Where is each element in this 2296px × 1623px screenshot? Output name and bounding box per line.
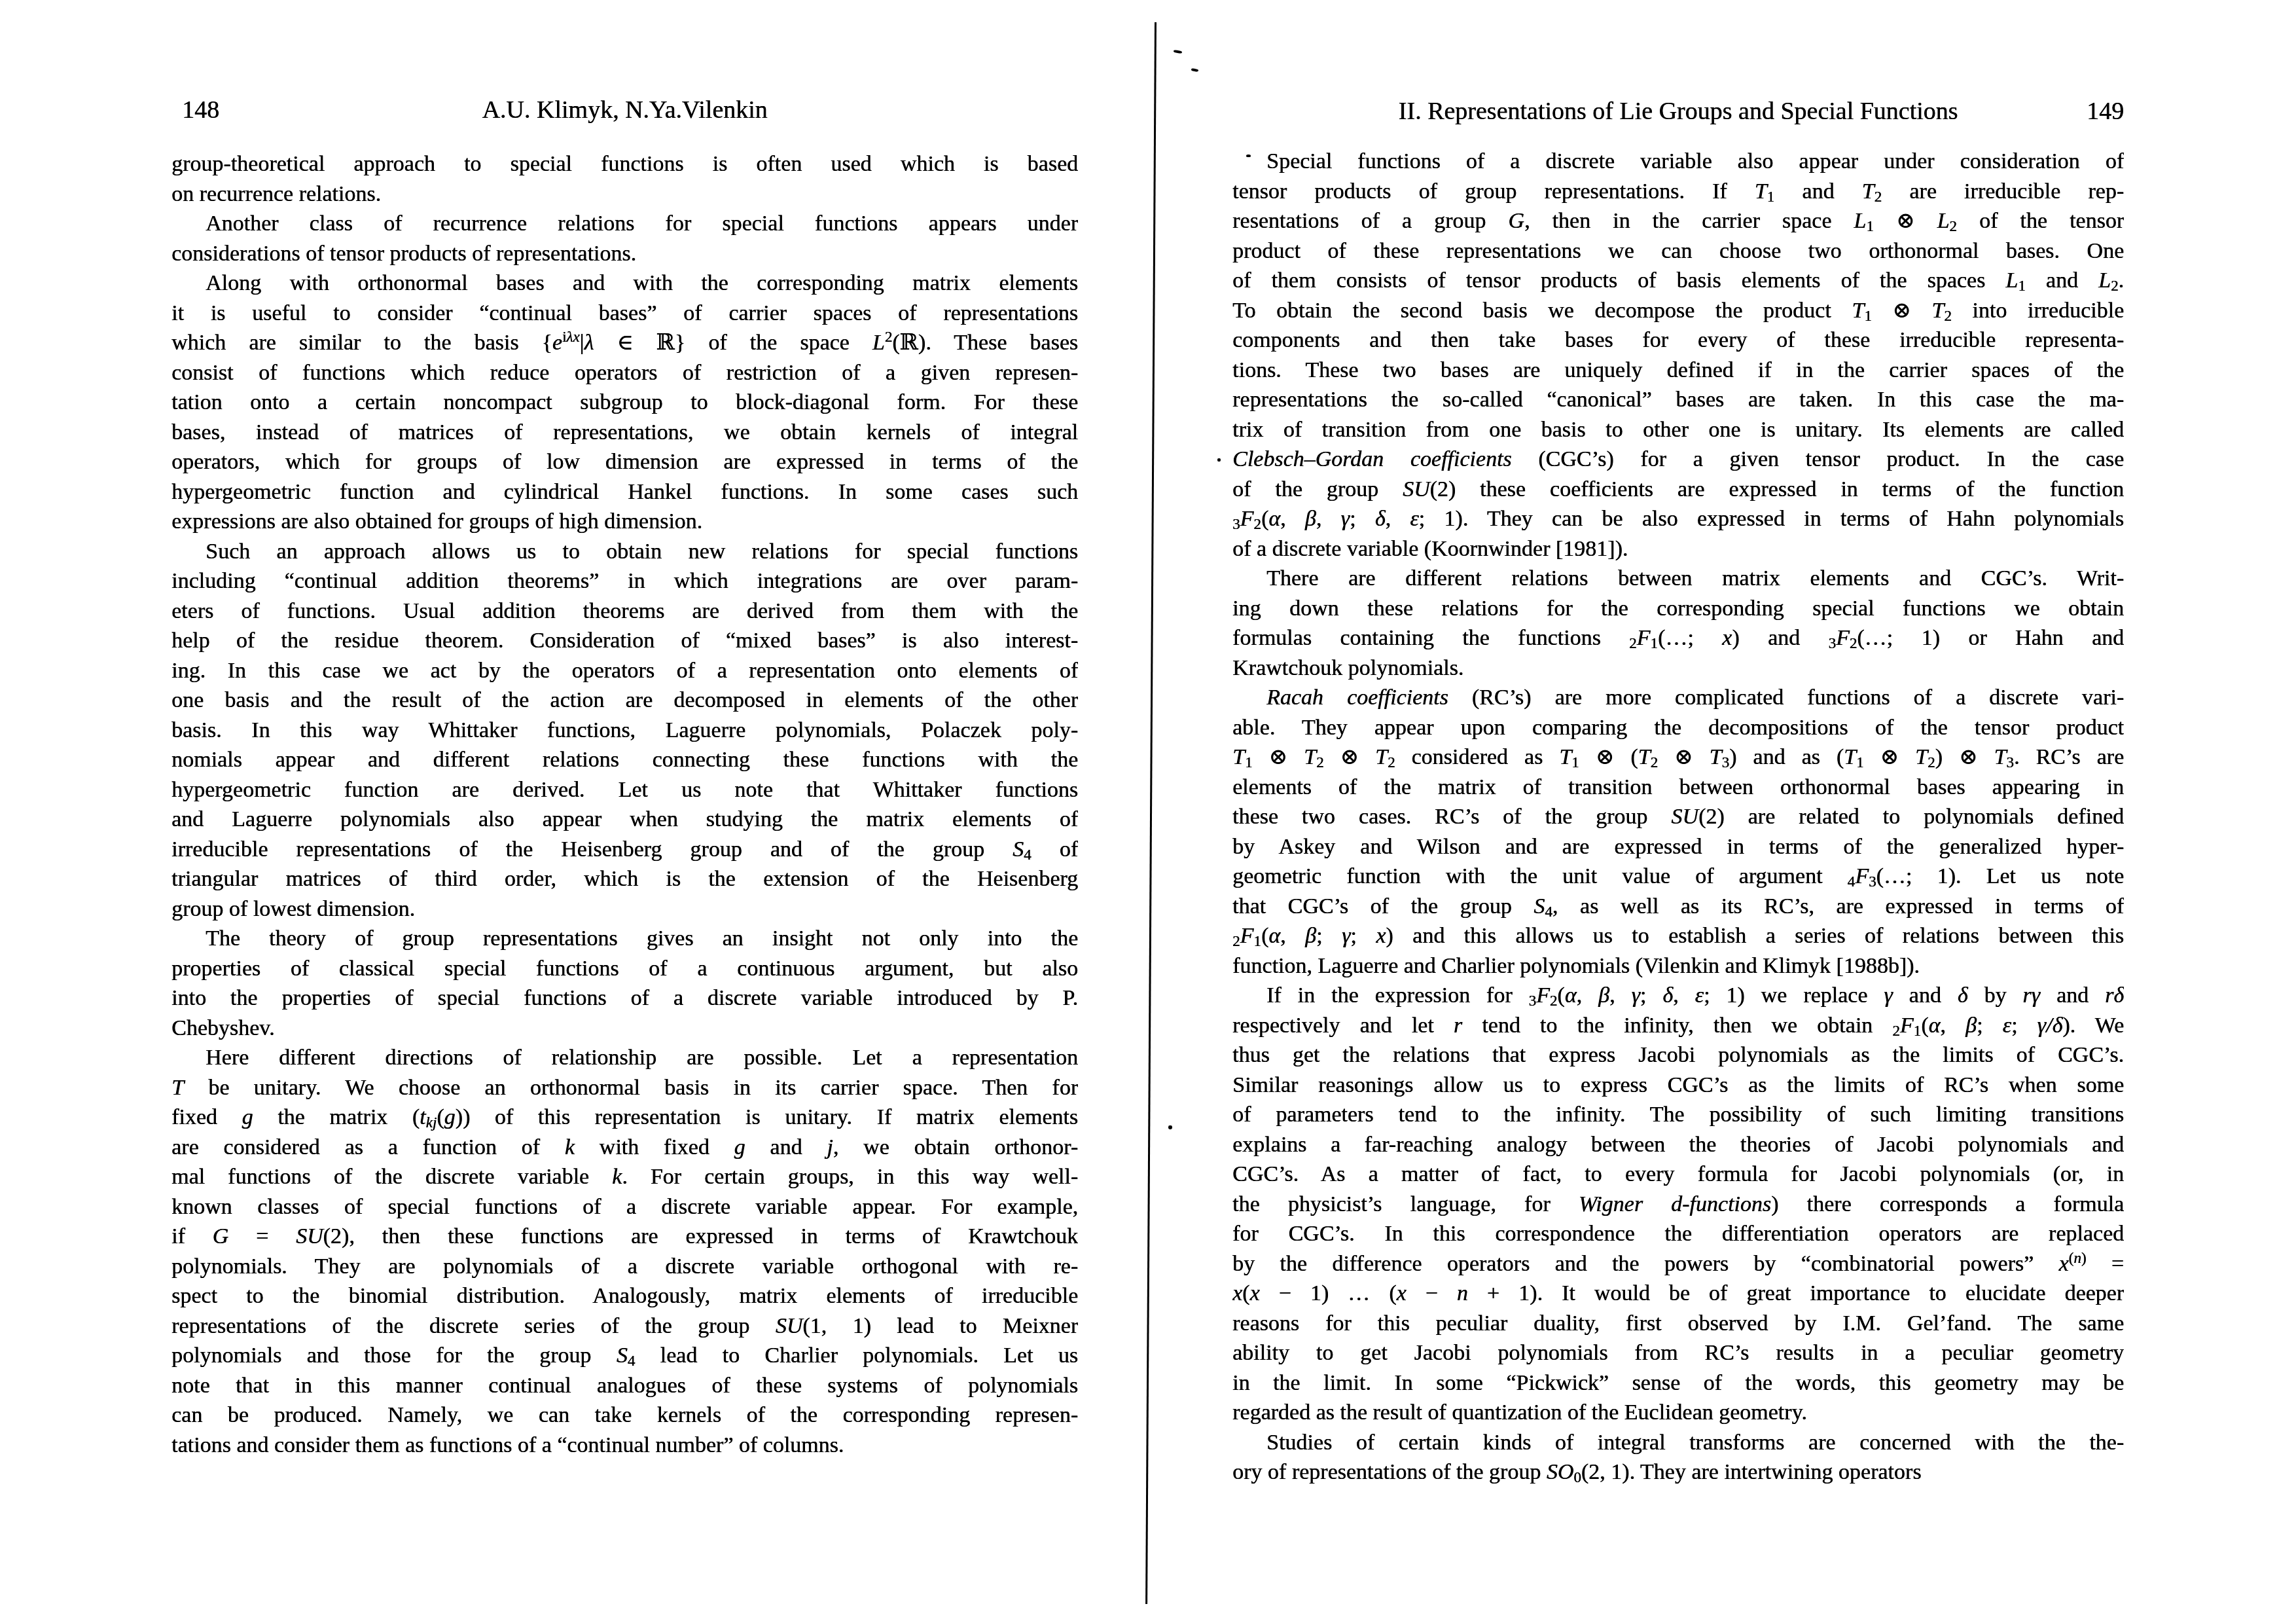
text-line: T be unitary. We choose an orthonormal b… [171, 1073, 1078, 1103]
text-line: ing down these relations for the corresp… [1232, 594, 2124, 624]
text-line: polynomials and those for the group S4 l… [171, 1341, 1078, 1371]
text-line: consist of functions which reduce operat… [171, 358, 1078, 388]
text-line: resentations of a group G, then in the c… [1232, 206, 2124, 236]
text-line: hypergeometric function and cylindrical … [171, 477, 1078, 507]
text-line: Such an approach allows us to obtain new… [171, 537, 1078, 567]
text-line: into the properties of special functions… [171, 983, 1078, 1013]
paragraph: Such an approach allows us to obtain new… [171, 537, 1078, 924]
text-line: Krawtchouk polynomials. [1232, 653, 2124, 684]
text-line: of a discrete variable (Koornwinder [198… [1232, 534, 2124, 564]
text-line: ing. In this case we act by the operator… [171, 656, 1078, 686]
paragraph: If in the expression for 3F2(α, β, γ; δ,… [1232, 981, 2124, 1428]
text-line: by Askey and Wilson and are expressed in… [1232, 832, 2124, 862]
paragraph: Along with orthonormal bases and with th… [171, 268, 1078, 537]
text-line: Special functions of a discrete variable… [1232, 147, 2124, 177]
text-line: To obtain the second basis we decompose … [1232, 296, 2124, 326]
text-line: these two cases. RC’s of the group SU(2)… [1232, 802, 2124, 832]
scan-artifact [1174, 50, 1182, 54]
text-line: nomials appear and different relations c… [171, 745, 1078, 775]
text-line: 3F2(α, β, γ; δ, ε; 1). They can be also … [1232, 504, 2124, 534]
text-line: bases, instead of matrices of representa… [171, 418, 1078, 448]
text-line: basis. In this way Whittaker functions, … [171, 716, 1078, 746]
text-line: T1 ⊗ T2 ⊗ T2 considered as T1 ⊗ (T2 ⊗ T3… [1232, 742, 2124, 773]
paragraph: Special functions of a discrete variable… [1232, 147, 2124, 564]
text-line: able. They appear upon comparing the dec… [1232, 713, 2124, 743]
text-line: on recurrence relations. [171, 179, 1078, 210]
paragraph: Studies of certain kinds of integral tra… [1232, 1428, 2124, 1487]
text-line: expressions are also obtained for groups… [171, 507, 1078, 537]
text-line: ability to get Jacobi polynomials from R… [1232, 1338, 2124, 1368]
book-spread: { "left_page": { "page_number": "148", "… [0, 0, 2296, 1623]
text-line: representations the so-called “canonical… [1232, 385, 2124, 415]
text-line: tation onto a certain noncompact subgrou… [171, 388, 1078, 418]
scan-artifact [1191, 68, 1199, 72]
paragraph: The theory of group representations give… [171, 924, 1078, 1043]
text-line: tations and consider them as functions o… [171, 1431, 1078, 1461]
text-line: that CGC’s of the group S4, as well as i… [1232, 892, 2124, 922]
text-line: regarded as the result of quantization o… [1232, 1398, 2124, 1428]
text-line: hypergeometric function are derived. Let… [171, 775, 1078, 805]
text-line: respectively and let r tend to the infin… [1232, 1011, 2124, 1041]
text-line: in the limit. In some “Pickwick” sense o… [1232, 1368, 2124, 1398]
text-line: thus get the relations that express Jaco… [1232, 1040, 2124, 1070]
text-line: eters of functions. Usual addition theor… [171, 596, 1078, 627]
text-line: Studies of certain kinds of integral tra… [1232, 1428, 2124, 1458]
text-line: known classes of special functions of a … [171, 1192, 1078, 1222]
text-line: can be produced. Namely, we can take ker… [171, 1400, 1078, 1431]
text-line: Clebsch–Gordan coefficients (CGC’s) for … [1232, 445, 2124, 475]
text-line: if G = SU(2), then these functions are e… [171, 1222, 1078, 1252]
text-line: it is useful to consider “continual base… [171, 299, 1078, 329]
text-line: reasons for this peculiar duality, first… [1232, 1309, 2124, 1339]
paragraph: Another class of recurrence relations fo… [171, 209, 1078, 268]
text-line: If in the expression for 3F2(α, β, γ; δ,… [1232, 981, 2124, 1011]
text-line: one basis and the result of the action a… [171, 685, 1078, 716]
text-line: Racah coefficients (RC’s) are more compl… [1232, 683, 2124, 713]
text-line: fixed g the matrix (tkj(g)) of this repr… [171, 1103, 1078, 1133]
text-line: ory of representations of the group SO0(… [1232, 1457, 2124, 1487]
text-line: tensor products of group representations… [1232, 177, 2124, 207]
text-line: for CGC’s. In this correspondence the di… [1232, 1219, 2124, 1249]
text-line: polynomials. They are polynomials of a d… [171, 1252, 1078, 1282]
text-line: Chebyshev. [171, 1013, 1078, 1044]
text-line: spect to the binomial distribution. Anal… [171, 1281, 1078, 1311]
right-running-head: II. Representations of Lie Groups and Sp… [1232, 97, 2124, 126]
text-line: which are similar to the basis {eiλx|λ ∈… [171, 328, 1078, 358]
text-line: group-theoretical approach to special fu… [171, 149, 1078, 179]
text-line: Here different directions of relationshi… [171, 1043, 1078, 1073]
text-line: properties of classical special function… [171, 954, 1078, 984]
paragraph: Racah coefficients (RC’s) are more compl… [1232, 683, 2124, 981]
left-page-body: group-theoretical approach to special fu… [171, 149, 1078, 1460]
paragraph: Here different directions of relationshi… [171, 1043, 1078, 1460]
text-line: x(x − 1) … (x − n + 1). It would be of g… [1232, 1279, 2124, 1309]
text-line: The theory of group representations give… [171, 924, 1078, 954]
right-page-number: 149 [2058, 97, 2124, 126]
text-line: Along with orthonormal bases and with th… [171, 268, 1078, 299]
text-line: There are different relations between ma… [1232, 564, 2124, 594]
text-line: elements of the matrix of transition bet… [1232, 773, 2124, 803]
text-line: mal functions of the discrete variable k… [171, 1162, 1078, 1192]
left-running-head: A.U. Klimyk, N.Ya.Vilenkin [171, 96, 1078, 125]
text-line: representations of the discrete series o… [171, 1311, 1078, 1341]
text-line: Another class of recurrence relations fo… [171, 209, 1078, 239]
text-line: function, Laguerre and Charlier polynomi… [1232, 951, 2124, 981]
text-line: geometric function with the unit value o… [1232, 862, 2124, 892]
paragraph: There are different relations between ma… [1232, 564, 2124, 683]
text-line: CGC’s. As a matter of fact, to every for… [1232, 1159, 2124, 1190]
text-line: the physicist’s language, for Wigner d-f… [1232, 1190, 2124, 1220]
text-line: are considered as a function of k with f… [171, 1133, 1078, 1163]
text-line: of the group SU(2) these coefficients ar… [1232, 475, 2124, 505]
text-line: formulas containing the functions 2F1(…;… [1232, 623, 2124, 653]
text-line: of them consists of tensor products of b… [1232, 266, 2124, 296]
text-line: components and then take bases for every… [1232, 325, 2124, 356]
text-line: irreducible representations of the Heise… [171, 835, 1078, 865]
text-line: by the difference operators and the powe… [1232, 1249, 2124, 1279]
text-line: tions. These two bases are uniquely defi… [1232, 356, 2124, 386]
text-line: Similar reasonings allow us to express C… [1232, 1070, 2124, 1101]
text-line: and Laguerre polynomials also appear whe… [171, 805, 1078, 835]
scan-artifact [1217, 458, 1221, 462]
text-line: of parameters tend to the infinity. The … [1232, 1100, 2124, 1130]
paragraph: group-theoretical approach to special fu… [171, 149, 1078, 209]
text-line: explains a far-reaching analogy between … [1232, 1130, 2124, 1160]
text-line: triangular matrices of third order, whic… [171, 864, 1078, 894]
text-line: 2F1(α, β; γ; x) and this allows us to es… [1232, 921, 2124, 951]
text-line: considerations of tensor products of rep… [171, 239, 1078, 269]
text-line: product of these representations we can … [1232, 236, 2124, 266]
scan-artifact [1168, 1125, 1172, 1129]
text-line: trix of transition from one basis to oth… [1232, 415, 2124, 445]
text-line: note that in this manner continual analo… [171, 1371, 1078, 1401]
page-divider-line [1145, 22, 1157, 1604]
text-line: help of the residue theorem. Considerati… [171, 626, 1078, 656]
text-line: group of lowest dimension. [171, 894, 1078, 924]
text-line: including “continual addition theorems” … [171, 566, 1078, 596]
right-page-body: Special functions of a discrete variable… [1232, 147, 2124, 1487]
text-line: operators, which for groups of low dimen… [171, 447, 1078, 477]
